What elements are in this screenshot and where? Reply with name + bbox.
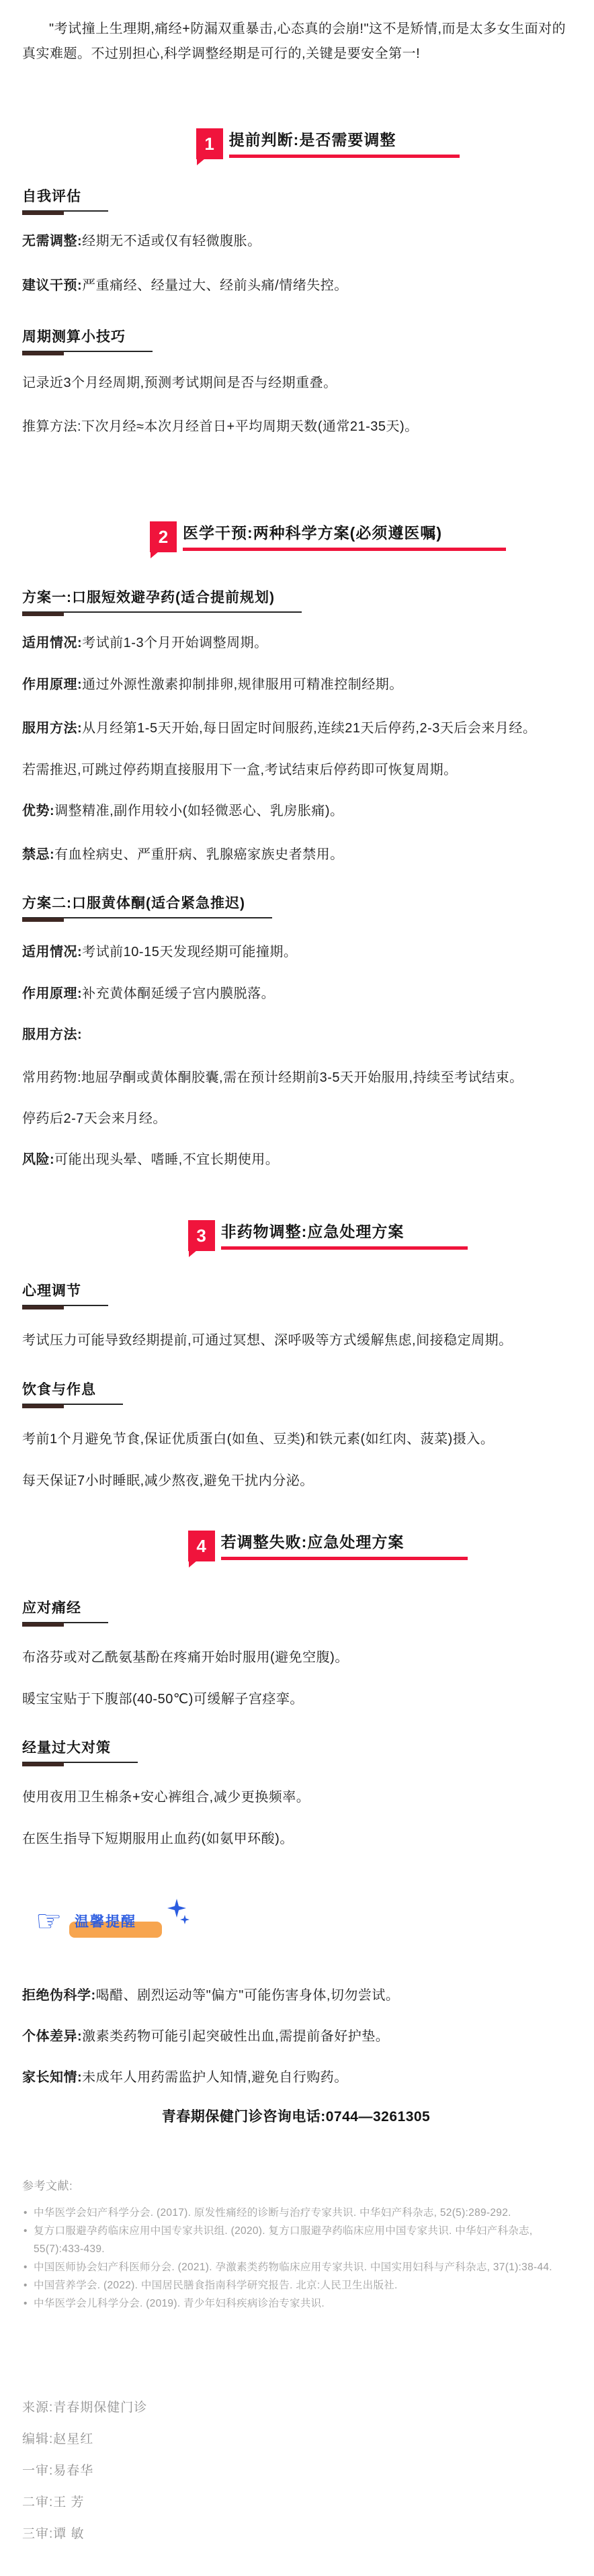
section-3-number-badge: 3: [188, 1220, 215, 1251]
section-4-title: 若调整失败:应急处理方案: [221, 1532, 405, 1552]
label-mechanism: 作用原理:: [22, 986, 82, 1001]
section-1-underline: [229, 155, 460, 158]
text-mechanism: 通过外源性激素抑制排卵,规律服用可精准控制经期。: [82, 677, 403, 692]
label-risk: 风险:: [22, 1152, 54, 1167]
text-apply: 考试前10-15天发现经期可能撞期。: [82, 945, 297, 959]
text-intervene: 严重痛经、经量过大、经前头痛/情绪失控。: [82, 278, 348, 293]
text-apply: 考试前1-3个月开始调整周期。: [82, 636, 267, 650]
text-advantage: 调整精准,副作用较小(如轻微恶心、乳房胀痛)。: [54, 804, 343, 818]
paragraph-pain-1: 布洛芬或对乙酰氨基酚在疼痛开始时服用(避免空腹)。: [22, 1648, 570, 1668]
heading-self-assessment: 自我评估: [22, 187, 108, 212]
reference-item: 中国医师协会妇产科医师分会. (2021). 孕激素类药物临床应用专家共识. 中…: [22, 2258, 570, 2276]
label-no-need: 无需调整:: [22, 234, 82, 249]
paragraph-no-need: 无需调整:经期无不适或仅有轻微腹胀。: [22, 232, 570, 251]
section-1-number-badge: 1: [196, 128, 223, 159]
section-1-header: 1 提前判断:是否需要调整: [22, 128, 570, 159]
paragraph-heavy-1: 使用夜用卫生棉条+安心裤组合,减少更换频率。: [22, 1788, 570, 1807]
paragraph-diet-2: 每天保证7小时睡眠,减少熬夜,避免干扰内分泌。: [22, 1471, 570, 1491]
label-apply: 适用情况:: [22, 636, 82, 650]
warm-reminder-badge: ☞ 温馨提醒: [36, 1905, 251, 1947]
paragraph-record-cycle: 记录近3个月经周期,预测考试期间是否与经期重叠。: [22, 374, 570, 393]
section-3-header: 3 非药物调整:应急处理方案: [22, 1220, 570, 1251]
section-number: 3: [196, 1226, 206, 1246]
credit-source: 来源:青春期保健门诊: [22, 2399, 570, 2417]
paragraph-parent-awareness: 家长知情:未成年人用药需监护人知情,避免自行购药。: [22, 2068, 570, 2088]
label-parent-awareness: 家长知情:: [22, 2070, 82, 2085]
paragraph-heavy-2: 在医生指导下短期服用止血药(如氨甲环酸)。: [22, 1830, 570, 1849]
paragraph-plan1-advantage: 优势:调整精准,副作用较小(如轻微恶心、乳房胀痛)。: [22, 802, 570, 821]
paragraph-plan1-contraindication: 禁忌:有血栓病史、严重肝病、乳腺癌家族史者禁用。: [22, 845, 570, 865]
intro-paragraph: "考试撞上生理期,痛经+防漏双重暴击,心态真的会崩!"这不是矫情,而是太多女生面…: [22, 17, 570, 67]
section-4-underline: [221, 1557, 468, 1560]
paragraph-plan2-after: 停药后2-7天会来月经。: [22, 1109, 570, 1129]
heading-plan2: 方案二:口服黄体酮(适合紧急推迟): [22, 894, 272, 918]
paragraph-plan1-apply: 适用情况:考试前1-3个月开始调整周期。: [22, 634, 570, 653]
paragraph-plan2-usage-label: 服用方法:: [22, 1025, 570, 1045]
paragraph-reject-pseudoscience: 拒绝伪科学:喝醋、剧烈运动等"偏方"可能伤害身体,切勿尝试。: [22, 1986, 570, 2006]
label-mechanism: 作用原理:: [22, 677, 82, 692]
section-3-underline: [221, 1246, 468, 1250]
paragraph-plan1-delay-tip: 若需推迟,可跳过停药期直接服用下一盒,考试结束后停药即可恢复周期。: [22, 761, 570, 780]
paragraph-plan1-usage: 服用方法:从月经第1-5天开始,每日固定时间服药,连续21天后停药,2-3天后会…: [22, 719, 570, 738]
heading-mental: 心理调节: [22, 1282, 108, 1306]
text-mechanism: 补充黄体酮延缓子宫内膜脱落。: [82, 986, 275, 1001]
section-3-title: 非药物调整:应急处理方案: [221, 1221, 405, 1242]
paragraph-intervene: 建议干预:严重痛经、经量过大、经前头痛/情绪失控。: [22, 276, 570, 296]
text-contraindication: 有血栓病史、严重肝病、乳腺癌家族史者禁用。: [54, 847, 344, 862]
label-individual-difference: 个体差异:: [22, 2029, 82, 2044]
article-page: "考试撞上生理期,痛经+防漏双重暴击,心态真的会崩!"这不是矫情,而是太多女生面…: [0, 0, 594, 2576]
section-2-underline: [183, 548, 506, 551]
label-usage: 服用方法:: [22, 721, 82, 736]
references-heading: 参考文献:: [22, 2176, 570, 2193]
section-1-title: 提前判断:是否需要调整: [229, 130, 396, 150]
paragraph-plan2-mechanism: 作用原理:补充黄体酮延缓子宫内膜脱落。: [22, 984, 570, 1004]
label-contraindication: 禁忌:: [22, 847, 54, 862]
reference-item: 复方口服避孕药临床应用中国专家共识组. (2020). 复方口服避孕药临床应用中…: [22, 2222, 570, 2258]
paragraph-plan2-risk: 风险:可能出现头晕、嗜睡,不宜长期使用。: [22, 1150, 570, 1170]
badge-tail: [197, 159, 205, 165]
text-reject-pseudoscience: 喝醋、剧烈运动等"偏方"可能伤害身体,切勿尝试。: [96, 1988, 400, 2003]
text-risk: 可能出现头晕、嗜睡,不宜长期使用。: [54, 1152, 279, 1167]
section-4-header: 4 若调整失败:应急处理方案: [22, 1531, 570, 1561]
sparkle-icon: [167, 1899, 190, 1926]
label-intervene: 建议干预:: [22, 278, 82, 293]
section-2-number-badge: 2: [150, 521, 177, 552]
heading-cycle-tips: 周期测算小技巧: [22, 328, 153, 352]
section-number: 2: [159, 527, 168, 548]
section-number: 4: [196, 1536, 206, 1557]
text-usage: 从月经第1-5天开始,每日固定时间服药,连续21天后停药,2-3天后会来月经。: [82, 721, 536, 736]
heading-diet: 饮食与作息: [22, 1381, 123, 1405]
reference-item: 中国营养学会. (2022). 中国居民膳食指南科学研究报告. 北京:人民卫生出…: [22, 2276, 570, 2294]
paragraph-plan2-apply: 适用情况:考试前10-15天发现经期可能撞期。: [22, 943, 570, 962]
paragraph-diet-1: 考前1个月避免节食,保证优质蛋白(如鱼、豆类)和铁元素(如红肉、菠菜)摄入。: [22, 1430, 570, 1449]
credit-third-review: 三审:谭 敏: [22, 2525, 570, 2544]
badge-tail: [151, 552, 159, 558]
heading-heavy-flow: 经量过大对策: [22, 1739, 138, 1763]
section-4-number-badge: 4: [188, 1531, 215, 1561]
reference-item: 中华医学会儿科学分会. (2019). 青少年妇科疾病诊治专家共识.: [22, 2294, 570, 2313]
label-reject-pseudoscience: 拒绝伪科学:: [22, 1988, 96, 2003]
paragraph-cycle-method: 推算方法:下次月经≈本次月经首日+平均周期天数(通常21-35天)。: [22, 417, 570, 437]
paragraph-individual-difference: 个体差异:激素类药物可能引起突破性出血,需提前备好护垫。: [22, 2027, 570, 2047]
reference-item: 中华医学会妇产科学分会. (2017). 原发性痛经的诊断与治疗专家共识. 中华…: [22, 2204, 570, 2222]
label-apply: 适用情况:: [22, 945, 82, 959]
references-list: 中华医学会妇产科学分会. (2017). 原发性痛经的诊断与治疗专家共识. 中华…: [22, 2204, 570, 2313]
text-individual-difference: 激素类药物可能引起突破性出血,需提前备好护垫。: [82, 2029, 389, 2044]
paragraph-mental: 考试压力可能导致经期提前,可通过冥想、深呼吸等方式缓解焦虑,间接稳定周期。: [22, 1331, 570, 1350]
section-number: 1: [204, 134, 214, 155]
badge-tail: [189, 1561, 197, 1568]
badge-tail: [189, 1250, 197, 1257]
section-2-header: 2 医学干预:两种科学方案(必须遵医嘱): [22, 521, 570, 552]
paragraph-plan2-drug: 常用药物:地屈孕酮或黄体酮胶囊,需在预计经期前3-5天开始服用,持续至考试结束。: [22, 1068, 570, 1088]
label-usage: 服用方法:: [22, 1027, 82, 1042]
credit-second-review: 二审:王 芳: [22, 2493, 570, 2512]
label-advantage: 优势:: [22, 804, 54, 818]
heading-plan1: 方案一:口服短效避孕药(适合提前规划): [22, 589, 302, 613]
section-2-title: 医学干预:两种科学方案(必须遵医嘱): [183, 523, 442, 543]
clinic-phone-line: 青春期保健门诊咨询电话:0744—3261305: [22, 2106, 570, 2126]
pointing-hand-icon: ☞: [36, 1907, 62, 1936]
paragraph-plan1-mechanism: 作用原理:通过外源性激素抑制排卵,规律服用可精准控制经期。: [22, 675, 570, 695]
credit-editor: 编辑:赵星红: [22, 2430, 570, 2449]
heading-pain: 应对痛经: [22, 1599, 108, 1623]
text-no-need: 经期无不适或仅有轻微腹胀。: [82, 234, 261, 249]
credit-first-review: 一审:易春华: [22, 2462, 570, 2481]
warm-reminder-label: 温馨提醒: [75, 1911, 136, 1931]
text-parent-awareness: 未成年人用药需监护人知情,避免自行购药。: [82, 2070, 348, 2085]
paragraph-pain-2: 暖宝宝贴于下腹部(40-50℃)可缓解子宫痉挛。: [22, 1690, 570, 1709]
